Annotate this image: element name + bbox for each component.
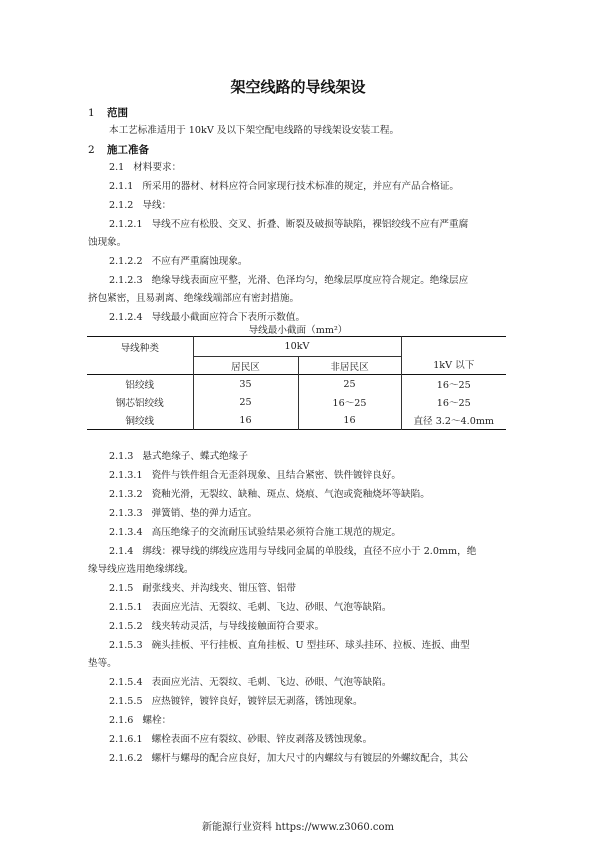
clause-2-1-3-2: 2.1.3.2瓷釉光滑，无裂纹、缺釉、斑点、烧痕、气泡或瓷釉烧坏等缺陷。 — [88, 488, 508, 501]
clause-2-1-3: 2.1.3悬式绝缘子、蝶式绝缘子 — [88, 450, 508, 463]
cell-residential: 25 — [193, 393, 298, 411]
clause-2-1-5-5: 2.1.5.5应热镀锌，镀锌良好，镀锌层无剥落，锈蚀现象。 — [88, 695, 508, 708]
clause-2-1-2-2: 2.1.2.2不应有严重腐蚀现象。 — [88, 255, 508, 268]
section-number: 1 — [88, 107, 107, 119]
header-residential: 居民区 — [193, 357, 298, 375]
clause-2-1-2: 2.1.2导线： — [88, 199, 508, 212]
clause-2-1-2-3-cont: 挤包紧密，且易剥离、绝缘线端部应有密封措施。 — [88, 292, 508, 305]
cell-type: 铜绞线 — [87, 411, 193, 430]
header-10kv: 10kV — [193, 337, 401, 357]
clause-2-1-6: 2.1.6螺栓： — [88, 714, 508, 727]
clause-2-1-4-cont: 缘导线应选用绝缘绑线。 — [88, 563, 508, 576]
cell-type: 铝绞线 — [87, 375, 193, 394]
clause-2-1-5-4: 2.1.5.4表面应光洁、无裂纹、毛刺、飞边、砂眼、气泡等缺陷。 — [88, 676, 508, 689]
clause-2-1-5-1: 2.1.5.1表面应光洁、无裂纹、毛刺、飞边、砂眼、气泡等缺陷。 — [88, 601, 508, 614]
document-page: 架空线路的导线架设 1范围 本工艺标准适用于 10kV 及以下架空配电线路的导线… — [0, 0, 596, 842]
table-header-row: 导线种类 10kV 1kV 以下 — [87, 337, 506, 357]
clause-2-1-5-3-cont: 垫等。 — [88, 657, 508, 670]
section-label: 范围 — [107, 107, 128, 119]
table-row: 铝绞线 35 25 16～25 — [87, 375, 506, 394]
page-footer-source: 新能源行业资料 https://www.z3060.com — [0, 818, 596, 833]
clause-2-1: 2.1材料要求： — [88, 161, 508, 174]
clause-2-1-2-1: 2.1.2.1导线不应有松股、交叉、折叠、断裂及破损等缺陷，裸铝绞线不应有严重腐 — [88, 218, 508, 231]
header-conductor-type: 导线种类 — [87, 337, 193, 357]
clause-2-1-6-2: 2.1.6.2螺杆与螺母的配合应良好，加大尺寸的内螺纹与有镀层的外螺纹配合，其公 — [88, 752, 508, 765]
cell-residential: 16 — [193, 411, 298, 430]
clause-2-1-2-3: 2.1.2.3绝缘导线表面应平整，光滑、色泽均匀，绝缘层厚度应符合规定。绝缘层应 — [88, 274, 508, 287]
header-empty — [87, 357, 193, 375]
clause-2-1-1: 2.1.1所采用的器材、材料应符合同家现行技术标准的规定，并应有产品合格证。 — [88, 180, 508, 193]
table-row: 钢芯铝绞线 25 16～25 16～25 — [87, 393, 506, 411]
cell-below-1kv: 16～25 — [401, 393, 506, 411]
section-number: 2 — [88, 144, 107, 156]
min-cross-section-table: 导线种类 10kV 1kV 以下 居民区 非居民区 铝绞线 35 25 16～2… — [87, 336, 506, 430]
clause-2-1-5-3: 2.1.5.3碗头挂板、平行挂板、直角挂板、U 型挂环、球头挂环、拉板、连扳、曲… — [88, 639, 508, 652]
table-caption: 导线最小截面（mm²） — [0, 322, 596, 336]
clause-2-1-5: 2.1.5耐张线夹、并沟线夹、钳压管、铝带 — [88, 582, 508, 595]
clause-2-1-4: 2.1.4绑线：裸导线的绑线应选用与导线同金属的单股线，直径不应小于 2.0mm… — [88, 545, 508, 558]
clause-2-1-6-1: 2.1.6.1螺栓表面不应有裂纹、砂眼、锌皮剥落及锈蚀现象。 — [88, 733, 508, 746]
header-below-1kv: 1kV 以下 — [401, 337, 506, 375]
clause-2-1-3-4: 2.1.3.4高压绝缘子的交流耐压试验结果必须符合施工规范的规定。 — [88, 526, 508, 539]
section-label: 施工准备 — [107, 144, 149, 156]
section-heading-preparation: 2施工准备 — [88, 142, 149, 157]
cell-below-1kv: 16～25 — [401, 375, 506, 394]
table-row: 铜绞线 16 16 直径 3.2～4.0mm — [87, 411, 506, 430]
clause-2-1-5-2: 2.1.5.2线夹转动灵活，与导线接触面符合要求。 — [88, 620, 508, 633]
section-heading-scope: 1范围 — [88, 105, 128, 120]
cell-type: 钢芯铝绞线 — [87, 393, 193, 411]
header-non-residential: 非居民区 — [298, 357, 401, 375]
cell-non-residential: 16～25 — [298, 393, 401, 411]
clause-2-1-3-1: 2.1.3.1瓷件与铁件组合无歪斜现象、且结合紧密、铁件镀锌良好。 — [88, 469, 508, 482]
cell-non-residential: 16 — [298, 411, 401, 430]
document-title: 架空线路的导线架设 — [0, 76, 596, 97]
clause-2-1-2-1-cont: 蚀现象。 — [88, 236, 508, 249]
cell-residential: 35 — [193, 375, 298, 394]
cell-below-1kv: 直径 3.2～4.0mm — [401, 411, 506, 430]
clause-2-1-3-3: 2.1.3.3弹簧销、垫的弹力适宜。 — [88, 507, 508, 520]
scope-paragraph: 本工艺标准适用于 10kV 及以下架空配电线路的导线架设安装工程。 — [88, 124, 508, 137]
cell-non-residential: 25 — [298, 375, 401, 394]
